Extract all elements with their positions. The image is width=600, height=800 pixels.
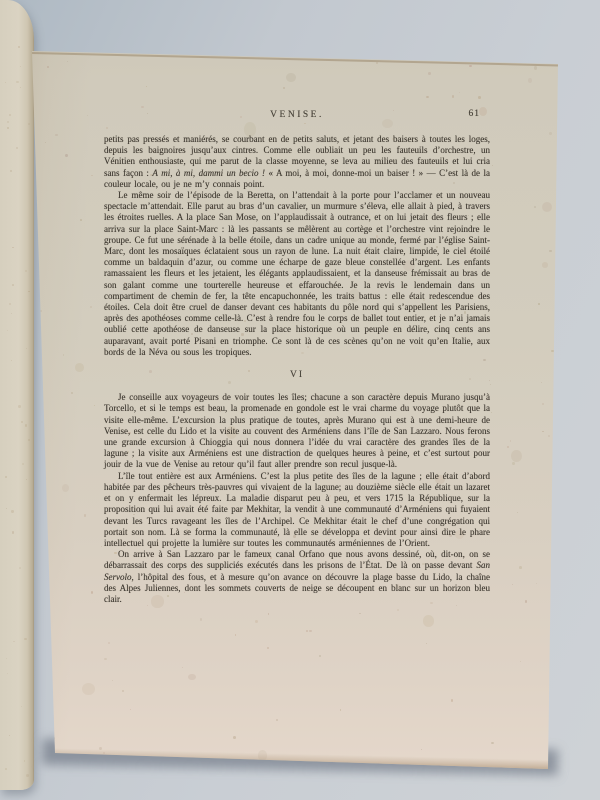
paragraph: petits pas pressés et maniérés, se courb… (104, 134, 490, 190)
page-header: VENISE. 61 (104, 109, 490, 121)
text-segment: L’île tout entière est aux Arméniens. C’… (104, 471, 490, 548)
paragraph: L’île tout entière est aux Arméniens. C’… (104, 471, 490, 549)
paragraph: On arrive à San Lazzaro par le fameux ca… (104, 549, 490, 605)
page-content: VENISE. 61 petits pas pressés et maniéré… (104, 109, 490, 605)
photo-background: VENISE. 61 petits pas pressés et maniéré… (0, 0, 600, 800)
page-number: 61 (469, 109, 481, 120)
running-title: VENISE. (270, 110, 324, 120)
left-stack-speckles (0, 0, 34, 790)
text-segment: On arrive à San Lazzaro par le fameux ca… (104, 549, 490, 570)
paragraph: Je conseille aux voyageurs de voir toute… (104, 392, 490, 470)
italic-phrase: A mi, à mi, dammi un becio ! (152, 168, 265, 178)
text-segment: Je conseille aux voyageurs de voir toute… (104, 392, 490, 469)
paragraph: Le même soir de l’épisode de la Beretta,… (104, 190, 490, 358)
text-segment: Le même soir de l’épisode de la Beretta,… (104, 190, 490, 357)
page-top-edge (30, 52, 562, 67)
book-left-pages-edge (0, 0, 34, 790)
body-text: petits pas pressés et maniérés, se courb… (104, 134, 490, 605)
section-heading: VI (104, 370, 490, 381)
book-page: VENISE. 61 petits pas pressés et maniéré… (0, 0, 600, 800)
text-segment: , l’hôpital des fous, et à mesure qu’on … (104, 572, 490, 604)
